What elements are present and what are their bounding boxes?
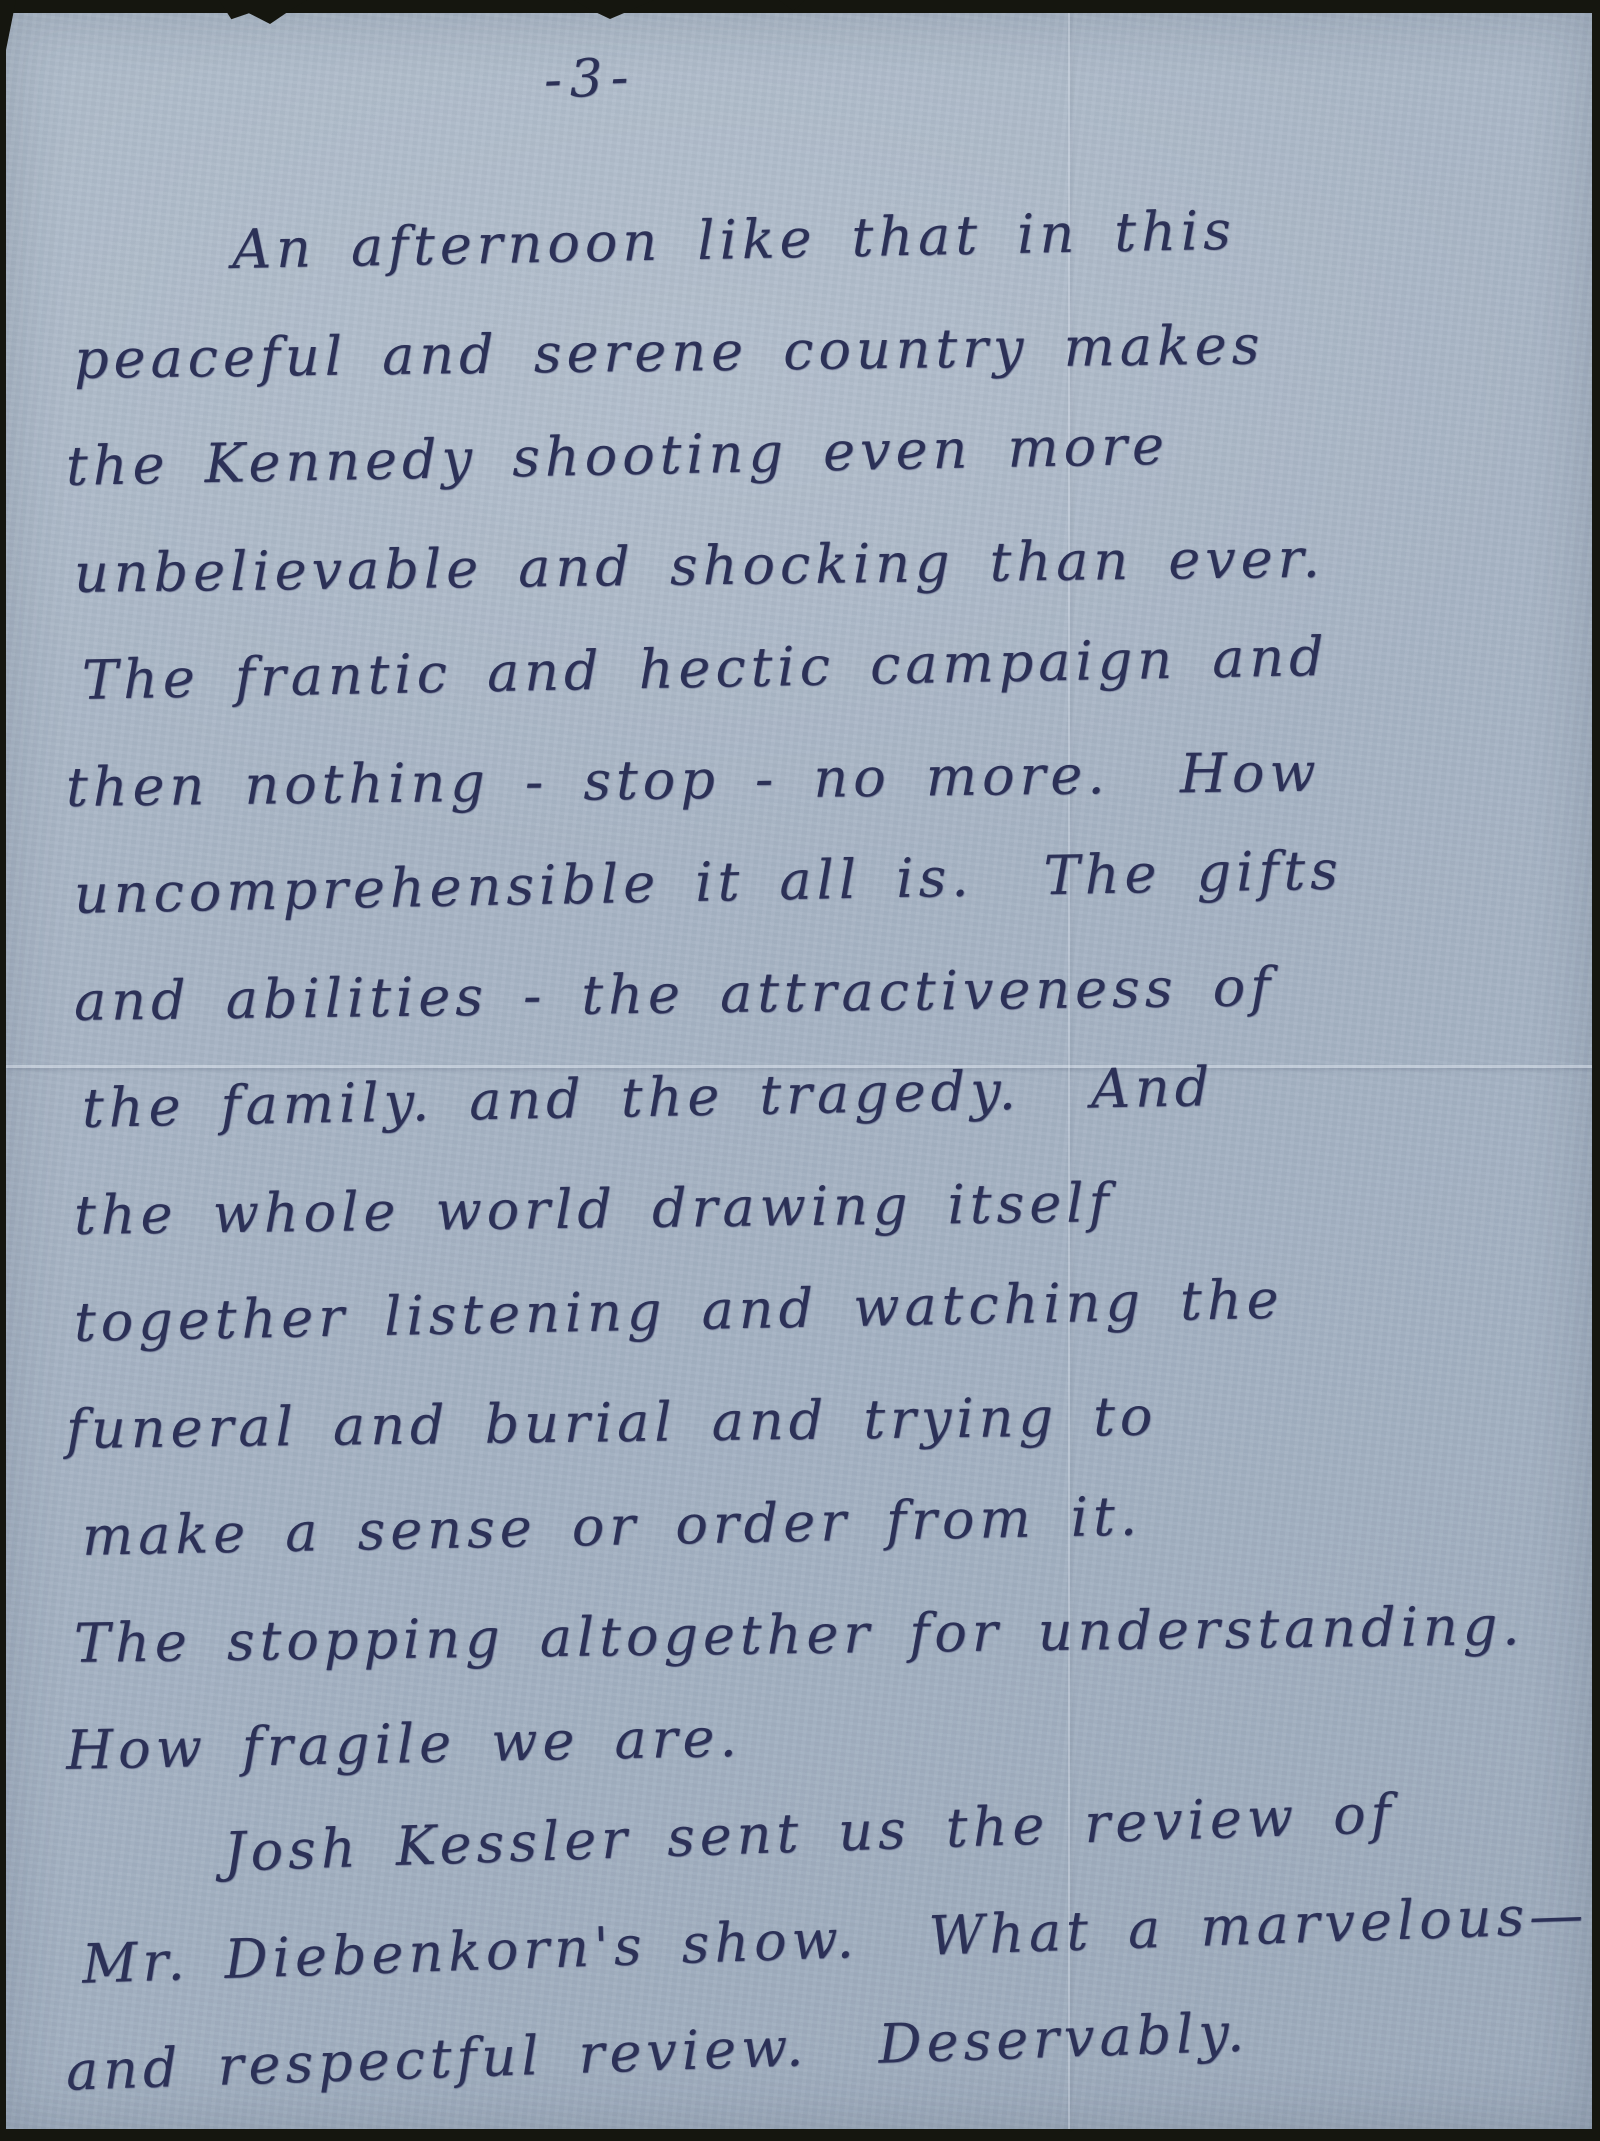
scanned-letter: -3- An afternoon like that in thispeacef… [0,0,1600,2141]
letter-paper: -3- An afternoon like that in thispeacef… [6,13,1592,2129]
letter-body: An afternoon like that in thispeaceful a… [6,199,1592,2125]
handwritten-line: An afternoon like that in this [13,170,1593,307]
torn-edge-notch [779,0,805,11]
page-number: -3- [543,47,637,110]
